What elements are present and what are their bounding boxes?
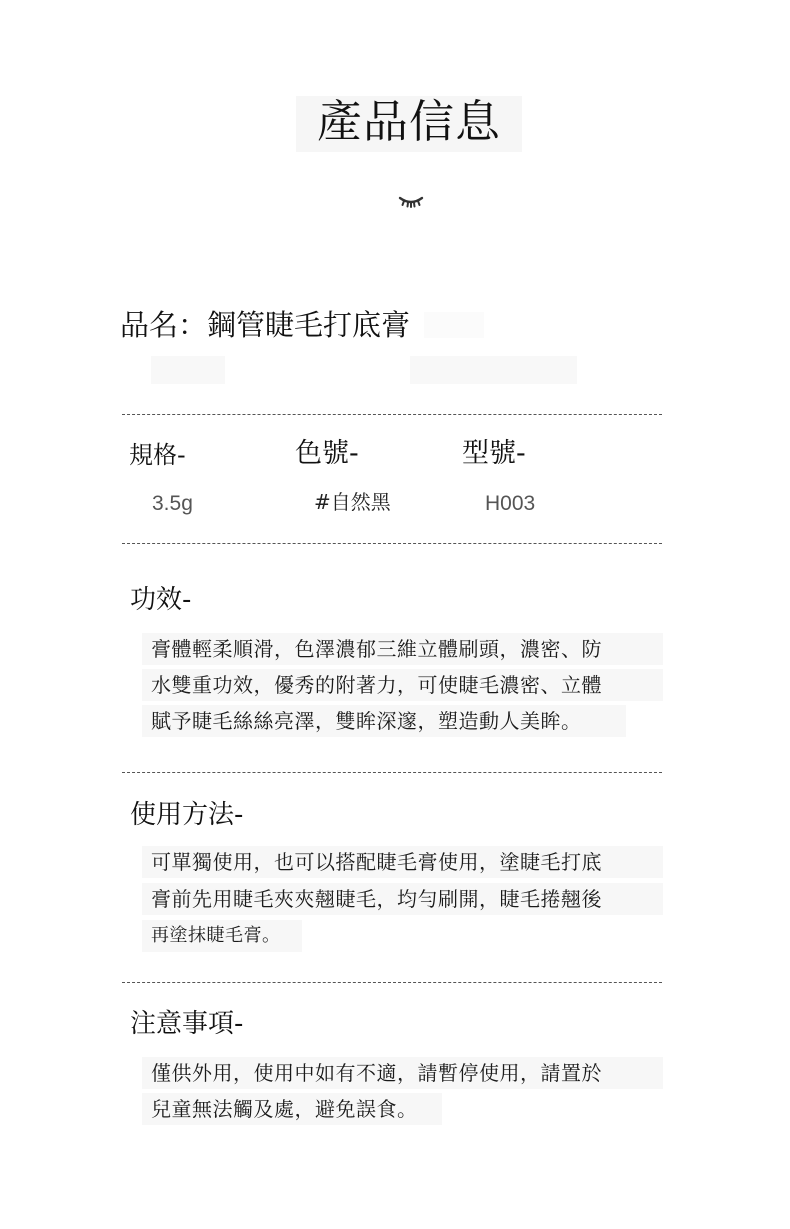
product-name: 品名：鋼管睫毛打底膏 — [120, 305, 410, 345]
section-title-usage: 使用方法- — [130, 797, 243, 833]
usage-text-line: 再塗抹睫毛膏。 — [151, 920, 281, 952]
effect-text-line: 水雙重功效，優秀的附著力，可使睫毛濃密、立體 — [151, 669, 602, 701]
effect-text-line: 賦予睫毛絲絲亮澤，雙眸深邃，塑造動人美眸。 — [151, 705, 582, 737]
faint-background-box — [410, 356, 577, 384]
dashed-divider — [122, 982, 662, 983]
dashed-divider — [122, 543, 662, 544]
section-title-effect: 功效- — [130, 582, 191, 618]
usage-text-line: 膏前先用睫毛夾夾翹睫毛，均勻刷開，睫毛捲翹後 — [151, 883, 602, 915]
dashed-divider — [122, 414, 662, 415]
closed-eye-lash-icon — [397, 193, 425, 209]
effect-text-line: 膏體輕柔順滑，色澤濃郁三維立體刷頭，濃密、防 — [151, 633, 602, 665]
spec-value: 3.5g — [152, 490, 193, 518]
page-title: 產品信息 — [296, 92, 522, 152]
model-label: 型號- — [462, 439, 526, 469]
model-value: H003 — [485, 490, 535, 518]
caution-text-line: 兒童無法觸及處，避免誤食。 — [151, 1093, 418, 1125]
spec-label: 規格- — [129, 440, 186, 470]
faint-background-box — [151, 356, 225, 384]
usage-text-line: 可單獨使用，也可以搭配睫毛膏使用，塗睫毛打底 — [151, 846, 602, 878]
caution-text-line: 僅供外用，使用中如有不適，請暫停使用，請置於 — [151, 1057, 602, 1089]
faint-background-box — [424, 312, 484, 338]
section-title-caution: 注意事項- — [130, 1006, 243, 1042]
color-label: 色號- — [295, 439, 359, 469]
dashed-divider — [122, 772, 662, 773]
color-value: #自然黑 — [314, 488, 391, 516]
